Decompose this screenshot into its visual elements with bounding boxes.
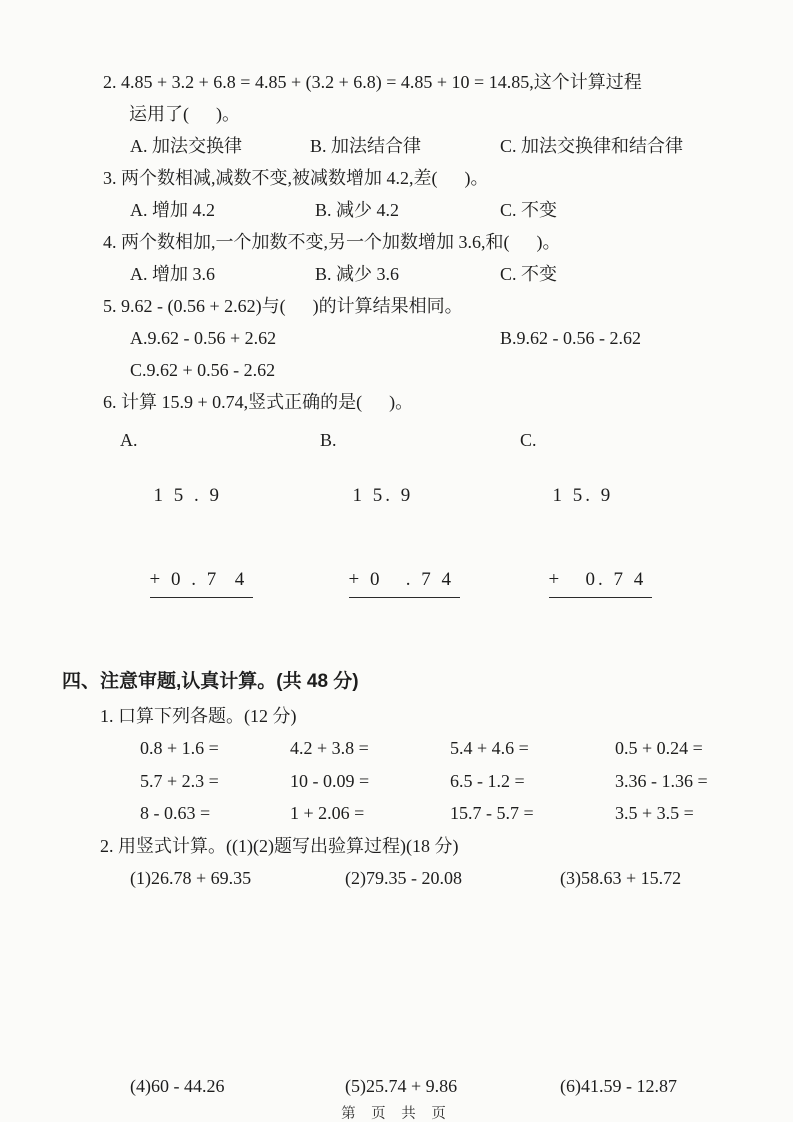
written-calc-title: 2. 用竖式计算。((1)(2)题写出验算过程)(18 分) xyxy=(100,830,763,862)
oral-item: 8 - 0.63 = xyxy=(140,797,290,830)
vertical-top-row: 1 5. 9 xyxy=(549,482,653,510)
oral-item: 15.7 - 5.7 = xyxy=(450,797,615,830)
vertical-top-row: 1 5 . 9 xyxy=(150,482,254,510)
exam-content: 2. 4.85 + 3.2 + 6.8 = 4.85 + (3.2 + 6.8)… xyxy=(0,0,793,1102)
vertical-label: B. xyxy=(320,426,337,451)
written-calc-row-1: (1)26.78 + 69.35 (2)79.35 - 20.08 (3)58.… xyxy=(103,862,763,894)
question-4-option-c: C. 不变 xyxy=(500,258,763,290)
oral-item: 0.5 + 0.24 = xyxy=(615,732,763,765)
question-4-options: A. 增加 3.6 B. 减少 3.6 C. 不变 xyxy=(103,258,763,290)
vertical-label: C. xyxy=(520,426,537,451)
oral-item: 3.5 + 3.5 = xyxy=(615,797,763,830)
exam-page: 2. 4.85 + 3.2 + 6.8 = 4.85 + (3.2 + 6.8)… xyxy=(0,0,793,1122)
oral-calc-title: 1. 口算下列各题。(12 分) xyxy=(100,700,763,732)
question-5-option-c: C.9.62 + 0.56 - 2.62 xyxy=(103,354,763,386)
written-problem: (5)25.74 + 9.86 xyxy=(345,1070,560,1102)
question-2: 2. 4.85 + 3.2 + 6.8 = 4.85 + (3.2 + 6.8)… xyxy=(103,66,763,162)
question-3-option-b: B. 减少 4.2 xyxy=(315,194,500,226)
q6-vertical-a: A. 1 5 . 9 + 0 . 7 4 xyxy=(120,426,320,654)
question-6-stem: 6. 计算 15.9 + 0.74,竖式正确的是( )。 xyxy=(103,386,763,418)
question-4-option-a: A. 增加 3.6 xyxy=(130,258,315,290)
section-4: 四、注意审题,认真计算。(共 48 分) 1. 口算下列各题。(12 分) 0.… xyxy=(103,664,763,1102)
question-3: 3. 两个数相减,减数不变,被减数增加 4.2,差( )。 A. 增加 4.2 … xyxy=(103,162,763,226)
section-4-heading: 四、注意审题,认真计算。(共 48 分) xyxy=(62,664,763,700)
oral-item: 10 - 0.09 = xyxy=(290,765,450,798)
q6-vertical-c: C. 1 5. 9 + 0. 7 4 xyxy=(520,426,720,654)
question-4-option-b: B. 减少 3.6 xyxy=(315,258,500,290)
written-calc-row-2: (4)60 - 44.26 (5)25.74 + 9.86 (6)41.59 -… xyxy=(103,1070,763,1102)
question-6-vertical-options: A. 1 5 . 9 + 0 . 7 4 B. 1 5. 9 + 0 . 7 4… xyxy=(103,426,763,654)
question-3-stem: 3. 两个数相减,减数不变,被减数增加 4.2,差( )。 xyxy=(103,162,763,194)
question-4-stem: 4. 两个数相加,一个加数不变,另一个加数增加 3.6,和( )。 xyxy=(103,226,763,258)
question-2-options: A. 加法交换律 B. 加法结合律 C. 加法交换律和结合律 xyxy=(103,130,763,162)
page-footer: 第 页 共 页 xyxy=(0,1102,793,1122)
oral-item: 3.36 - 1.36 = xyxy=(615,765,763,798)
oral-item: 5.4 + 4.6 = xyxy=(450,732,615,765)
vertical-label: A. xyxy=(120,426,138,451)
vertical-column: 1 5. 9 + 0. 7 4 xyxy=(549,426,653,654)
vertical-bottom-row: + 0. 7 4 xyxy=(549,566,653,598)
vertical-column: 1 5 . 9 + 0 . 7 4 xyxy=(150,426,254,654)
question-2-option-a: A. 加法交换律 xyxy=(130,130,310,162)
question-3-options: A. 增加 4.2 B. 减少 4.2 C. 不变 xyxy=(103,194,763,226)
oral-calc-row-1: 0.8 + 1.6 = 4.2 + 3.8 = 5.4 + 4.6 = 0.5 … xyxy=(103,732,763,765)
question-3-option-a: A. 增加 4.2 xyxy=(130,194,315,226)
work-area-blank xyxy=(103,894,763,1070)
vertical-bottom-row: + 0 . 7 4 xyxy=(349,566,460,598)
vertical-column: 1 5. 9 + 0 . 7 4 xyxy=(349,426,460,654)
question-5: 5. 9.62 - (0.56 + 2.62)与( )的计算结果相同。 A.9.… xyxy=(103,290,763,386)
written-problem: (6)41.59 - 12.87 xyxy=(560,1070,763,1102)
oral-item: 1 + 2.06 = xyxy=(290,797,450,830)
question-4: 4. 两个数相加,一个加数不变,另一个加数增加 3.6,和( )。 A. 增加 … xyxy=(103,226,763,290)
written-problem: (3)58.63 + 15.72 xyxy=(560,862,763,894)
vertical-top-row: 1 5. 9 xyxy=(349,482,460,510)
question-5-option-b: B.9.62 - 0.56 - 2.62 xyxy=(500,322,763,354)
question-6: 6. 计算 15.9 + 0.74,竖式正确的是( )。 A. 1 5 . 9 … xyxy=(103,386,763,654)
q6-vertical-b: B. 1 5. 9 + 0 . 7 4 xyxy=(320,426,520,654)
question-5-options-row-1: A.9.62 - 0.56 + 2.62 B.9.62 - 0.56 - 2.6… xyxy=(103,322,763,354)
oral-item: 6.5 - 1.2 = xyxy=(450,765,615,798)
question-2-option-b: B. 加法结合律 xyxy=(310,130,500,162)
question-3-option-c: C. 不变 xyxy=(500,194,763,226)
question-5-stem: 5. 9.62 - (0.56 + 2.62)与( )的计算结果相同。 xyxy=(103,290,763,322)
question-2-stem-line-2: 运用了( )。 xyxy=(103,98,763,130)
written-problem: (2)79.35 - 20.08 xyxy=(345,862,560,894)
written-problem: (1)26.78 + 69.35 xyxy=(130,862,345,894)
oral-calc-row-3: 8 - 0.63 = 1 + 2.06 = 15.7 - 5.7 = 3.5 +… xyxy=(103,797,763,830)
oral-item: 5.7 + 2.3 = xyxy=(140,765,290,798)
oral-calc-row-2: 5.7 + 2.3 = 10 - 0.09 = 6.5 - 1.2 = 3.36… xyxy=(103,765,763,798)
question-2-stem-line-1: 2. 4.85 + 3.2 + 6.8 = 4.85 + (3.2 + 6.8)… xyxy=(103,66,763,98)
question-2-option-c: C. 加法交换律和结合律 xyxy=(500,130,763,162)
oral-item: 4.2 + 3.8 = xyxy=(290,732,450,765)
question-5-option-a: A.9.62 - 0.56 + 2.62 xyxy=(130,322,500,354)
written-problem: (4)60 - 44.26 xyxy=(130,1070,345,1102)
oral-item: 0.8 + 1.6 = xyxy=(140,732,290,765)
vertical-bottom-row: + 0 . 7 4 xyxy=(150,566,254,598)
